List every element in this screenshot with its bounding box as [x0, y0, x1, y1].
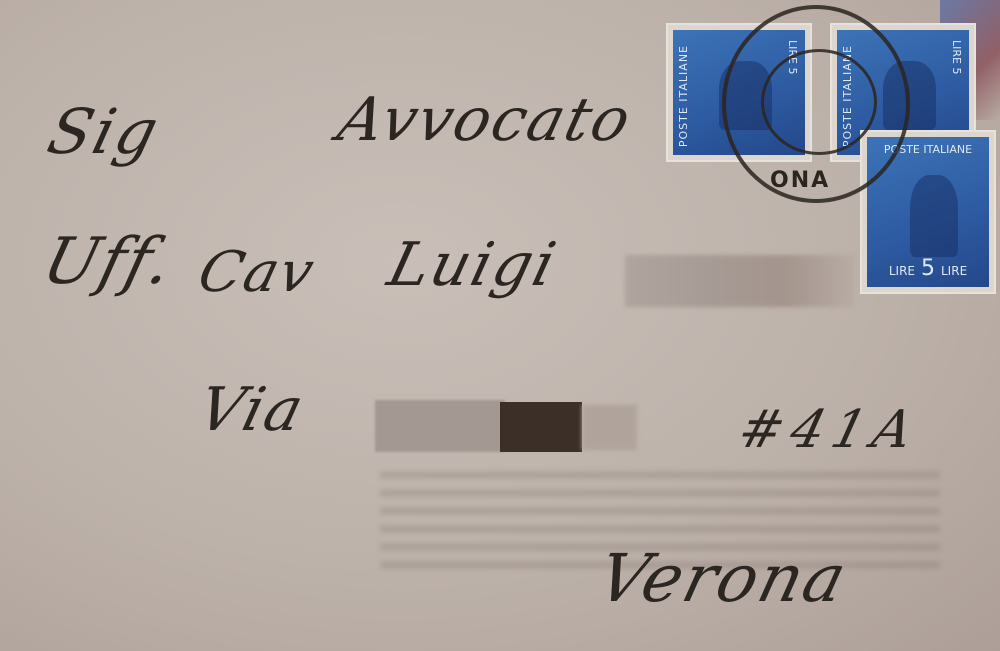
stamp-value: LIRE 5 — [950, 40, 963, 74]
postmark-text: ONA — [770, 168, 830, 193]
recipient-first-name: Luigi — [381, 230, 564, 300]
envelope: Sig Avvocato Uff. Cav Luigi Via #41A Ver… — [0, 0, 1000, 651]
city: Verona — [590, 540, 855, 617]
title-uff: Uff. — [36, 225, 182, 299]
street-prefix: Via — [191, 375, 312, 445]
redacted-surname — [625, 255, 855, 307]
redacted-street-c — [582, 405, 637, 450]
street-number: #41A — [733, 400, 927, 460]
salutation: Sig — [41, 95, 167, 168]
stamp-figure-icon — [910, 175, 959, 258]
stamp-value: LIRE5LIRE — [867, 256, 989, 281]
title-cav: Cav — [192, 240, 322, 305]
title-avvocato: Avvocato — [331, 85, 639, 155]
redacted-street-b — [500, 402, 582, 452]
redacted-street-a — [375, 400, 505, 452]
postmark-inner-ring — [761, 49, 877, 155]
stamp-country: POSTE ITALIANE — [677, 45, 690, 147]
